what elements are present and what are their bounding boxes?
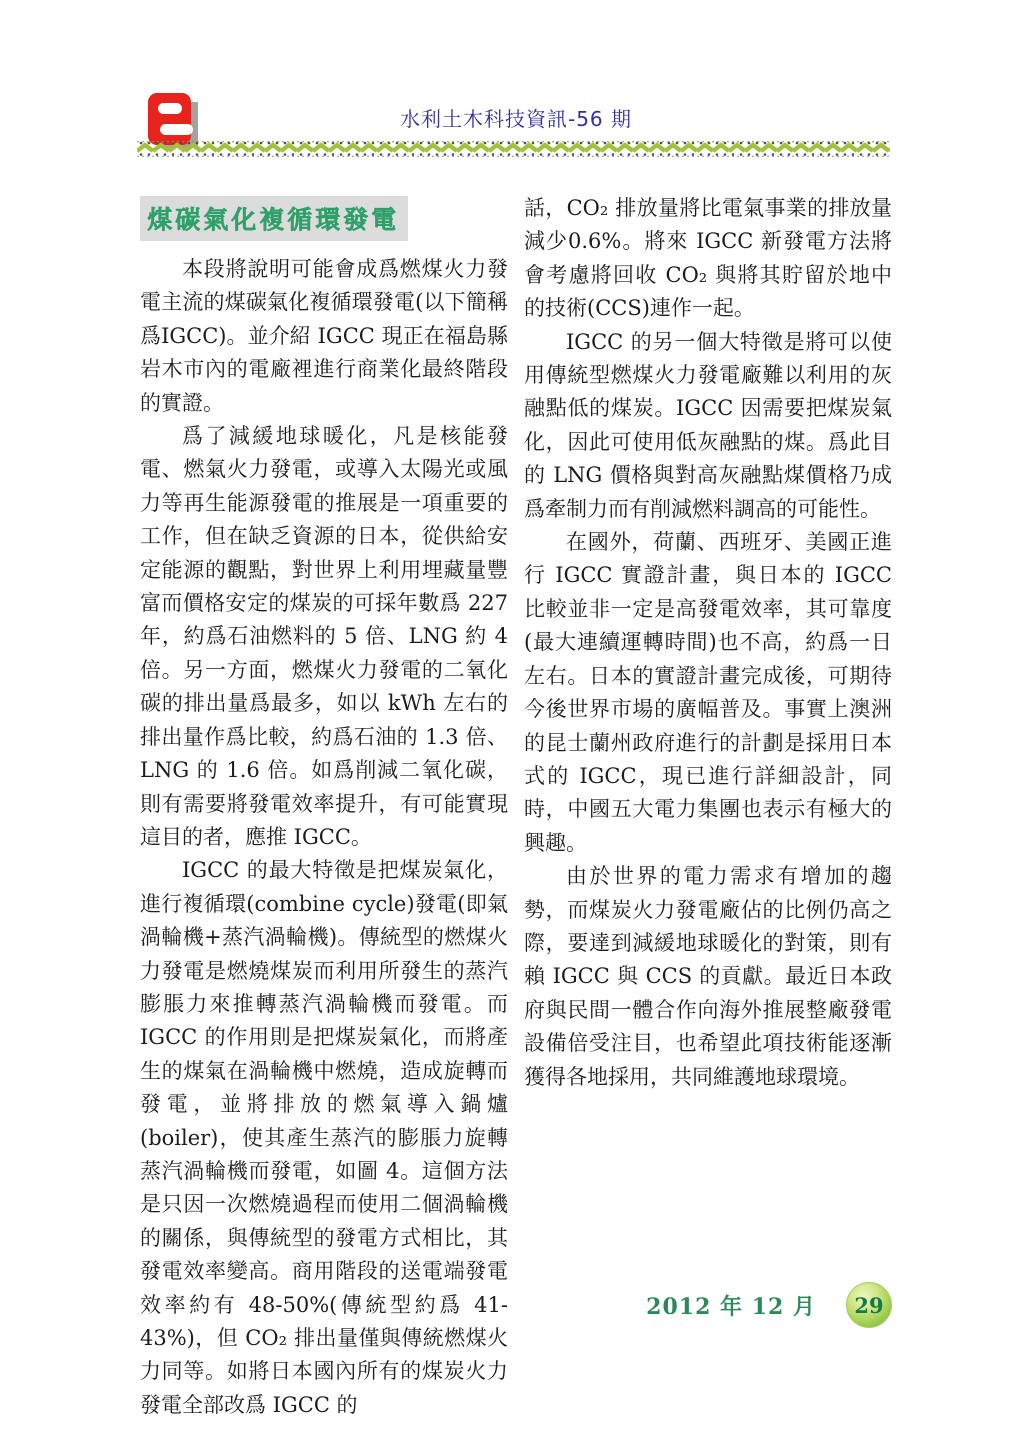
paragraph: 由於世界的電力需求有增加的趨勢，而煤炭火力發電廠佔的比例仍高之際，要達到減緩地球… xyxy=(524,860,892,1094)
article-body: 煤碳氣化複循環發電 本段將說明可能會成爲燃煤火力發電主流的煤碳氣化複循環發電(以… xyxy=(140,192,892,1422)
paragraph: 話，CO₂ 排放量將比電氣事業的排放量減少0.6%。將來 IGCC 新發電方法將… xyxy=(524,192,892,326)
section-heading: 煤碳氣化複循環發電 xyxy=(140,196,408,241)
paragraph: 在國外，荷蘭、西班牙、美國正進行 IGCC 實證計畫，與日本的 IGCC 比較並… xyxy=(524,526,892,860)
page-footer: 2012 年 12 月 29 xyxy=(140,1280,892,1330)
footer-date: 2012 年 12 月 xyxy=(646,1290,816,1321)
journal-title: 水利土木科技資訊-56 期 xyxy=(140,103,892,132)
decorative-border xyxy=(137,141,890,157)
right-column: 話，CO₂ 排放量將比電氣事業的排放量減少0.6%。將來 IGCC 新發電方法將… xyxy=(524,192,892,1422)
paragraph: IGCC 的另一個大特徵是將可以使用傳統型燃煤火力發電廠難以利用的灰融點低的煤炭… xyxy=(524,326,892,526)
document-page: 水利土木科技資訊-56 期 煤碳氣化複循環發電 本段將說明可能會成爲燃煤火力發電… xyxy=(0,0,1024,1448)
page-number-badge: 29 xyxy=(846,1282,892,1328)
paragraph: IGCC 的最大特徵是把煤炭氣化，進行複循環(combine cycle)發電(… xyxy=(140,854,508,1422)
paragraph: 爲了減緩地球暖化，凡是核能發電、燃氣火力發電，或導入太陽光或風力等再生能源發電的… xyxy=(140,420,508,854)
left-column: 煤碳氣化複循環發電 本段將說明可能會成爲燃煤火力發電主流的煤碳氣化複循環發電(以… xyxy=(140,192,508,1422)
paragraph: 本段將說明可能會成爲燃煤火力發電主流的煤碳氣化複循環發電(以下簡稱爲IGCC)。… xyxy=(140,253,508,420)
